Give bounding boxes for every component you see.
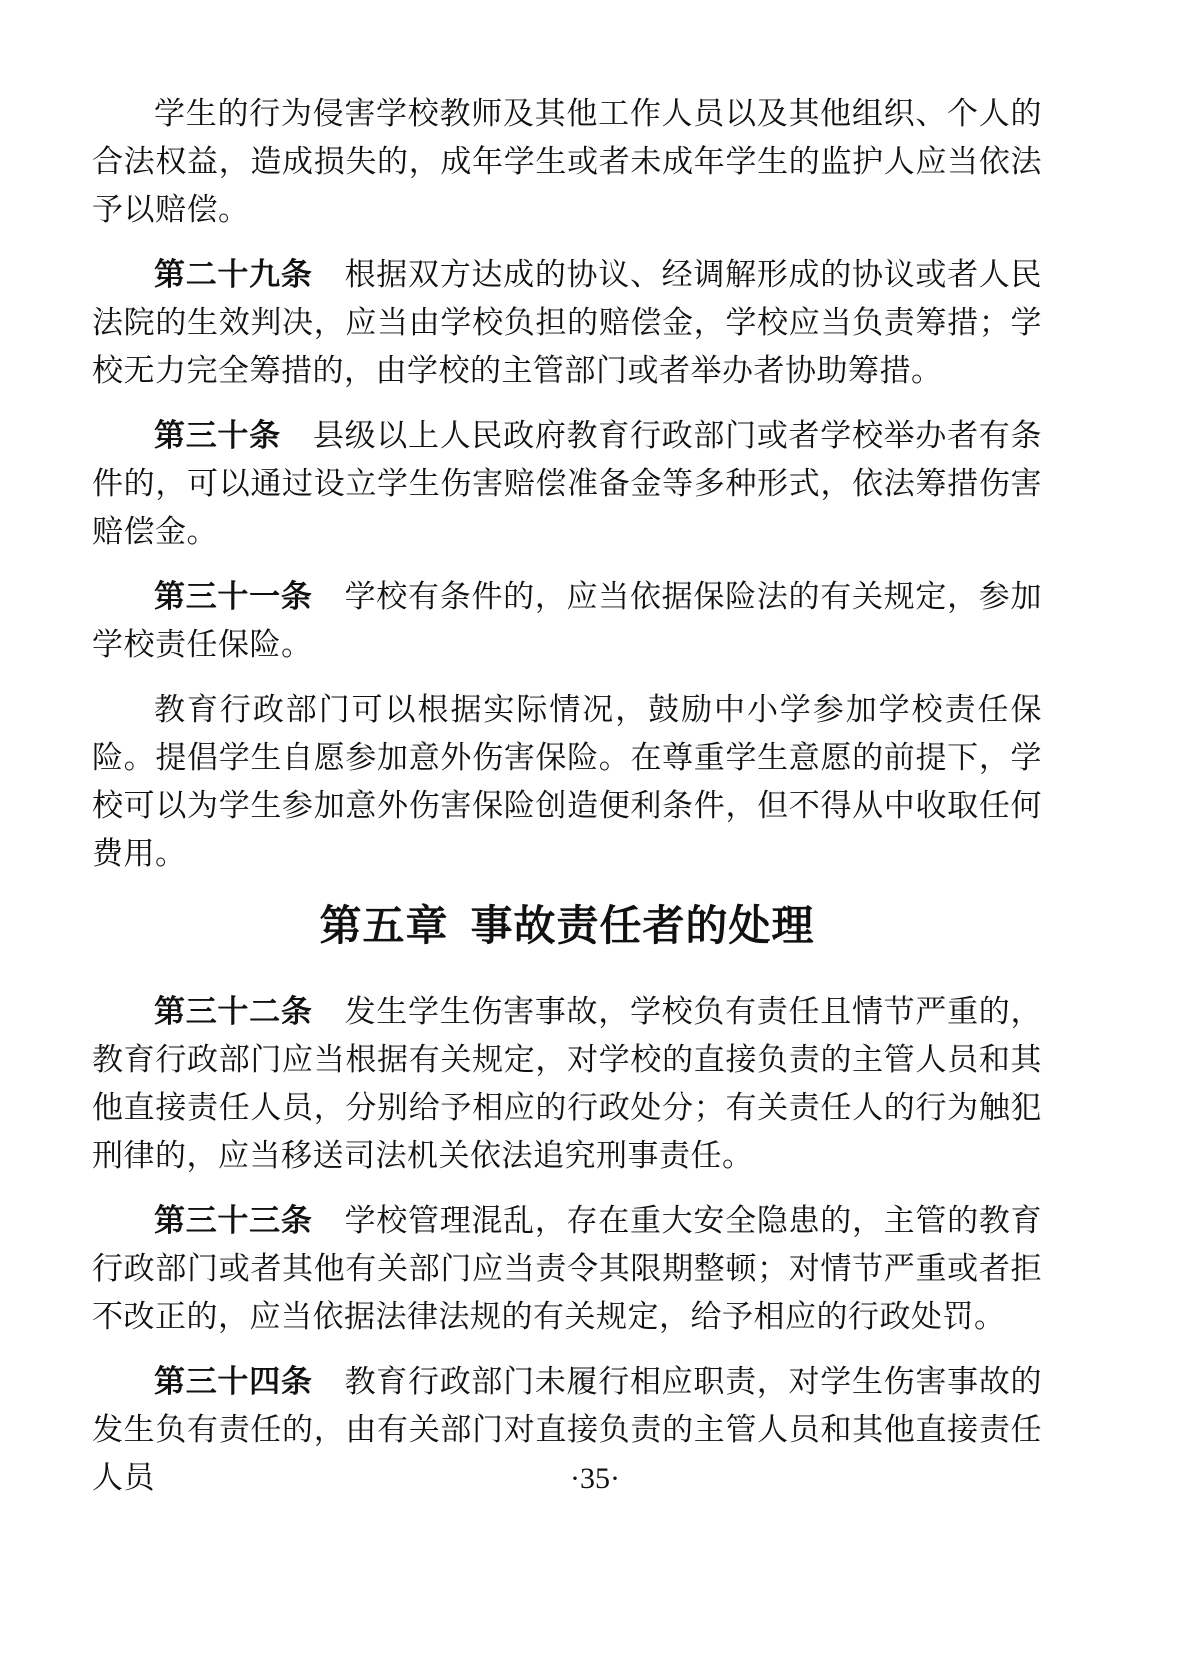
article-number: 第三十四条 (154, 1364, 313, 1400)
article-number: 第三十三条 (154, 1203, 313, 1239)
article-number: 第二十九条 (154, 257, 313, 293)
article-number: 第三十一条 (154, 579, 313, 615)
article-number: 第三十条 (154, 418, 281, 454)
article-32: 第三十二条发生学生伤害事故，学校负有责任且情节严重的，教育行政部门应当根据有关规… (92, 988, 1042, 1180)
article-31: 第三十一条学校有条件的，应当依据保险法的有关规定，参加学校责任保险。 (92, 573, 1042, 669)
paragraph-text: 教育行政部门可以根据实际情况，鼓励中小学参加学校责任保险。提倡学生自愿参加意外伤… (92, 692, 1042, 872)
article-33: 第三十三条学校管理混乱，存在重大安全隐患的，主管的教育行政部门或者其他有关部门应… (92, 1197, 1042, 1341)
paragraph-continuation: 学生的行为侵害学校教师及其他工作人员以及其他组织、个人的合法权益，造成损失的，成… (92, 90, 1042, 234)
article-31-paragraph-2: 教育行政部门可以根据实际情况，鼓励中小学参加学校责任保险。提倡学生自愿参加意外伤… (92, 686, 1042, 878)
article-30: 第三十条县级以上人民政府教育行政部门或者学校举办者有条件的，可以通过设立学生伤害… (92, 412, 1042, 556)
chapter-title: 事故责任者的处理 (471, 901, 815, 950)
chapter-number: 第五章 (319, 901, 448, 950)
page-number: ·35· (0, 1462, 1190, 1496)
article-29: 第二十九条根据双方达成的协议、经调解形成的协议或者人民法院的生效判决，应当由学校… (92, 251, 1042, 395)
paragraph-text: 学生的行为侵害学校教师及其他工作人员以及其他组织、个人的合法权益，造成损失的，成… (92, 96, 1042, 228)
article-number: 第三十二条 (154, 994, 313, 1030)
chapter-heading: 第五章事故责任者的处理 (92, 896, 1042, 956)
document-page: 学生的行为侵害学校教师及其他工作人员以及其他组织、个人的合法权益，造成损失的，成… (92, 90, 1042, 1519)
